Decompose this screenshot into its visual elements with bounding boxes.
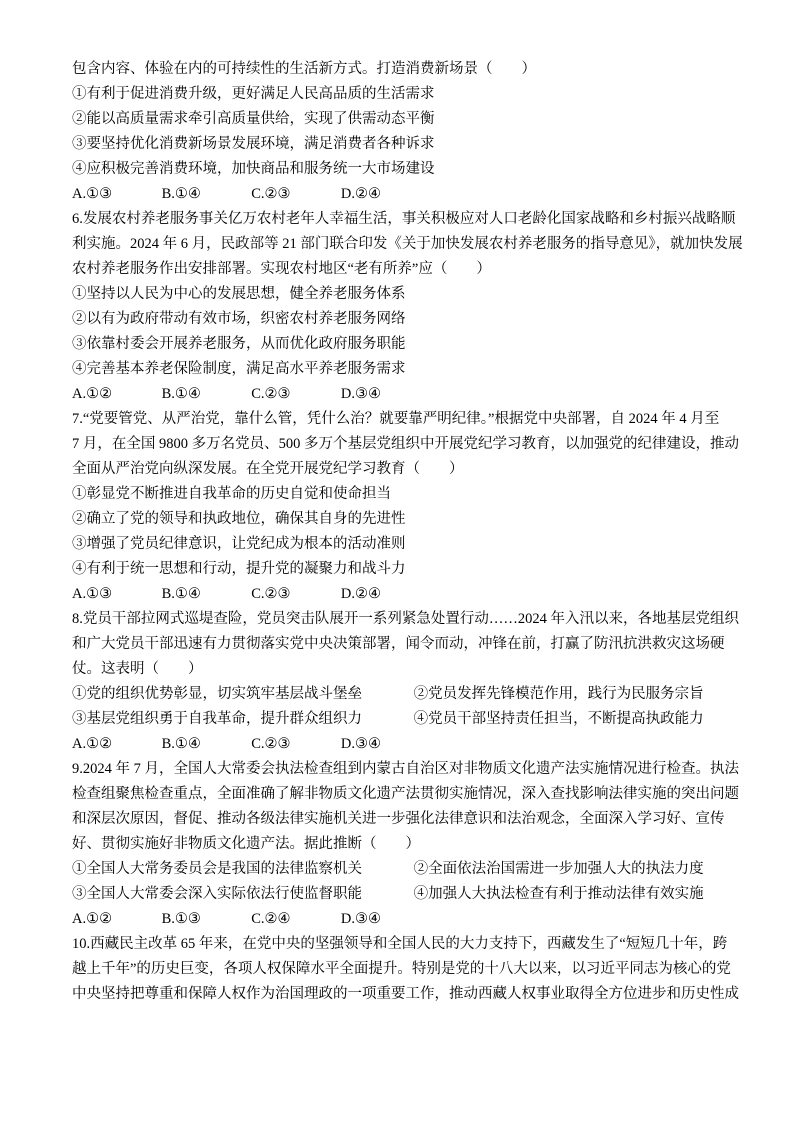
- question-9-stem-line-3: 和深层次原因，督促、推动各级法律实施机关进一步强化法律意识和法治观念，全面深入学…: [72, 807, 744, 832]
- question-8-stem-line-2: 和广大党员干部迅速有力贯彻落实党中央决策部署，闻令而动，冲锋在前，打赢了防汛抗洪…: [72, 632, 744, 657]
- question-9-answer-d: D.③④: [341, 907, 381, 932]
- question-6-option-3: ③依靠村委会开展养老服务，从而优化政府服务职能: [72, 332, 744, 357]
- question-8-option-1: ①党的组织优势彰显，切实筑牢基层战斗堡垒: [72, 682, 410, 707]
- question-9-stem-line-1: 9.2024 年 7 月，全国人大常委会执法检查组到内蒙古自治区对非物质文化遗产…: [72, 757, 744, 782]
- question-9-option-4: ④加强人大执法检查有利于推动法律有效实施: [414, 886, 704, 902]
- question-6: 6.发展农村养老服务事关亿万农村老年人幸福生活，事关积极应对人口老龄化国家战略和…: [72, 207, 744, 407]
- question-5-answer-d: D.②④: [341, 182, 381, 207]
- question-8-option-4: ④党员干部坚持责任担当，不断提高执政能力: [414, 711, 704, 727]
- question-7-answer-c: C.②③: [251, 582, 337, 607]
- question-9-stem-line-2: 检查组聚焦检查重点，全面准确了解非物质文化遗产法贯彻实施情况，深入查找影响法律实…: [72, 782, 744, 807]
- question-5-stem-line-1: 包含内容、体验在内的可持续性的生活新方式。打造消费新场景（ ）: [72, 57, 744, 82]
- question-8-stem-line-1: 8.党员干部拉网式巡堤查险，党员突击队展开一系列紧急处置行动……2024 年入汛…: [72, 607, 744, 632]
- question-6-stem-line-2: 利实施。2024 年 6 月，民政部等 21 部门联合印发《关于加快发展农村养老…: [72, 232, 744, 257]
- question-6-option-2: ②以有为政府带动有效市场，织密农村养老服务网络: [72, 307, 744, 332]
- question-9-stem-line-4: 好、贯彻实施好非物质文化遗产法。据此推断（ ）: [72, 832, 744, 857]
- question-7-stem-line-1: 7.“党要管党、从严治党，靠什么管，凭什么治？就要靠严明纪律。”根据党中央部署，…: [72, 407, 744, 432]
- question-9-option-row-1: ①全国人大常务委员会是我国的法律监察机关 ②全面依法治国需进一步加强人大的执法力…: [72, 857, 744, 882]
- question-7-option-2: ②确立了党的领导和执政地位，确保其自身的先进性: [72, 507, 744, 532]
- question-5-answer-b: B.①④: [162, 182, 248, 207]
- question-6-answer-d: D.③④: [341, 382, 381, 407]
- question-8-option-row-1: ①党的组织优势彰显，切实筑牢基层战斗堡垒 ②党员发挥先锋模范作用，践行为民服务宗…: [72, 682, 744, 707]
- question-5-answer-row: A.①③ B.①④ C.②③ D.②④: [72, 182, 744, 207]
- question-7-stem-line-2: 7 月，在全国 9800 多万名党员、500 多万个基层党组织中开展党纪学习教育…: [72, 432, 744, 457]
- question-6-answer-row: A.①② B.①④ C.②③ D.③④: [72, 382, 744, 407]
- question-9-option-2: ②全面依法治国需进一步加强人大的执法力度: [414, 861, 704, 877]
- question-5: 包含内容、体验在内的可持续性的生活新方式。打造消费新场景（ ） ①有利于促进消费…: [72, 57, 744, 207]
- question-6-option-1: ①坚持以人民为中心的发展思想，健全养老服务体系: [72, 282, 744, 307]
- question-9: 9.2024 年 7 月，全国人大常委会执法检查组到内蒙古自治区对非物质文化遗产…: [72, 757, 744, 932]
- exam-page: 包含内容、体验在内的可持续性的生活新方式。打造消费新场景（ ） ①有利于促进消费…: [0, 0, 794, 1123]
- question-9-answer-a: A.①②: [72, 907, 158, 932]
- question-6-stem-line-1: 6.发展农村养老服务事关亿万农村老年人幸福生活，事关积极应对人口老龄化国家战略和…: [72, 207, 744, 232]
- question-5-option-4: ④应积极完善消费环境，加快商品和服务统一大市场建设: [72, 157, 744, 182]
- question-6-answer-c: C.②③: [251, 382, 337, 407]
- question-9-option-1: ①全国人大常务委员会是我国的法律监察机关: [72, 857, 410, 882]
- question-7: 7.“党要管党、从严治党，靠什么管，凭什么治？就要靠严明纪律。”根据党中央部署，…: [72, 407, 744, 607]
- question-7-answer-d: D.②④: [341, 582, 381, 607]
- question-5-option-2: ②能以高质量需求牵引高质量供给，实现了供需动态平衡: [72, 107, 744, 132]
- question-9-answer-c: C.②④: [251, 907, 337, 932]
- question-8-option-row-2: ③基层党组织勇于自我革命，提升群众组织力 ④党员干部坚持责任担当，不断提高执政能…: [72, 707, 744, 732]
- question-5-answer-a: A.①③: [72, 182, 158, 207]
- question-7-option-3: ③增强了党员纪律意识，让党纪成为根本的活动准则: [72, 532, 744, 557]
- question-7-answer-a: A.①③: [72, 582, 158, 607]
- question-8: 8.党员干部拉网式巡堤查险，党员突击队展开一系列紧急处置行动……2024 年入汛…: [72, 607, 744, 757]
- question-8-option-3: ③基层党组织勇于自我革命，提升群众组织力: [72, 707, 410, 732]
- question-9-answer-row: A.①② B.①③ C.②④ D.③④: [72, 907, 744, 932]
- question-8-answer-c: C.②③: [251, 732, 337, 757]
- question-7-option-1: ①彰显党不断推进自我革命的历史自觉和使命担当: [72, 482, 744, 507]
- question-9-answer-b: B.①③: [162, 907, 248, 932]
- question-8-answer-b: B.①④: [162, 732, 248, 757]
- question-6-answer-b: B.①④: [162, 382, 248, 407]
- question-6-stem-line-3: 农村养老服务作出安排部署。实现农村地区“老有所养”应（ ）: [72, 257, 744, 282]
- question-8-answer-a: A.①②: [72, 732, 158, 757]
- question-8-answer-row: A.①② B.①④ C.②③ D.③④: [72, 732, 744, 757]
- question-9-option-row-2: ③全国人大常委会深入实际依法行使监督职能 ④加强人大执法检查有利于推动法律有效实…: [72, 882, 744, 907]
- question-7-answer-row: A.①③ B.①④ C.②③ D.②④: [72, 582, 744, 607]
- question-7-stem-line-3: 全面从严治党向纵深发展。在全党开展党纪学习教育（ ）: [72, 457, 744, 482]
- question-8-stem-line-3: 仗。这表明（ ）: [72, 657, 744, 682]
- question-5-answer-c: C.②③: [251, 182, 337, 207]
- question-6-answer-a: A.①②: [72, 382, 158, 407]
- question-8-answer-d: D.③④: [341, 732, 381, 757]
- question-9-option-3: ③全国人大常委会深入实际依法行使监督职能: [72, 882, 410, 907]
- question-6-option-4: ④完善基本养老保险制度，满足高水平养老服务需求: [72, 357, 744, 382]
- question-10-stem-line-1: 10.西藏民主改革 65 年来，在党中央的坚强领导和全国人民的大力支持下，西藏发…: [72, 932, 744, 957]
- question-10-stem-line-3: 中央坚持把尊重和保障人权作为治国理政的一项重要工作，推动西藏人权事业取得全方位进…: [72, 982, 744, 1007]
- question-7-option-4: ④有利于统一思想和行动，提升党的凝聚力和战斗力: [72, 557, 744, 582]
- question-10-stem-line-2: 越上千年”的历史巨变，各项人权保障水平全面提升。特别是党的十八大以来，以习近平同…: [72, 957, 744, 982]
- question-5-option-1: ①有利于促进消费升级，更好满足人民高品质的生活需求: [72, 82, 744, 107]
- question-8-option-2: ②党员发挥先锋模范作用，践行为民服务宗旨: [414, 686, 704, 702]
- question-10: 10.西藏民主改革 65 年来，在党中央的坚强领导和全国人民的大力支持下，西藏发…: [72, 932, 744, 1007]
- question-7-answer-b: B.①④: [162, 582, 248, 607]
- question-5-option-3: ③要坚持优化消费新场景发展环境，满足消费者各种诉求: [72, 132, 744, 157]
